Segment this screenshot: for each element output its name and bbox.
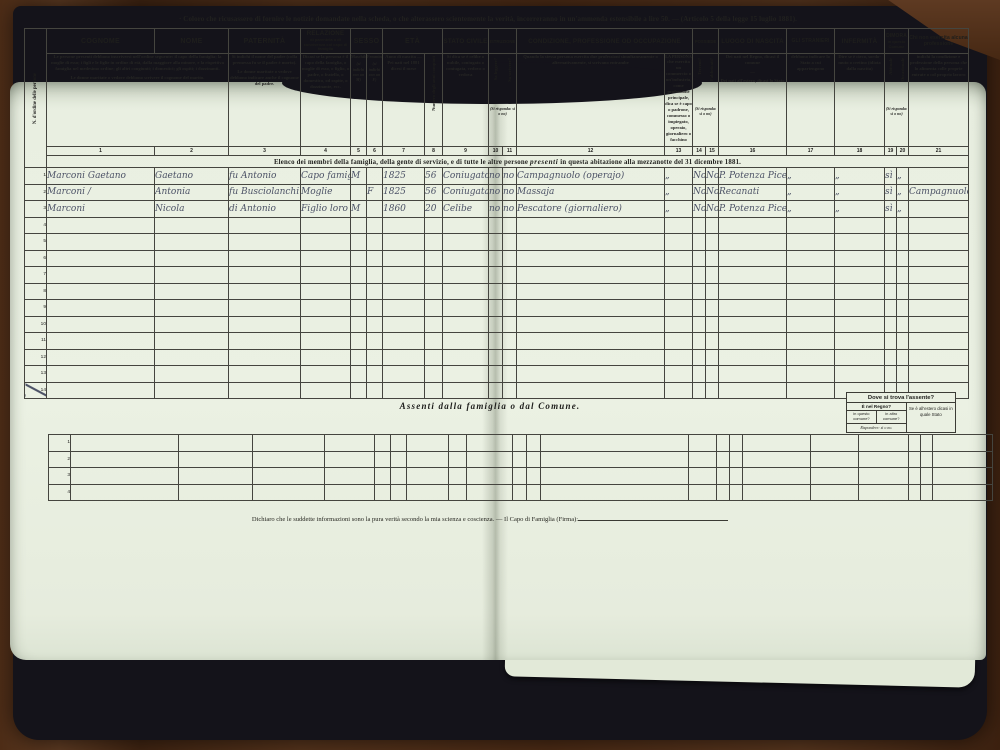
- header-paternita: PATERNITÀ: [229, 29, 301, 54]
- header-eta: ETÀ: [383, 29, 443, 54]
- data-cell: [425, 300, 443, 317]
- table-row: 2Marconi /Antoniafu BusciolanchiMoglieF1…: [25, 184, 969, 201]
- data-cell: [301, 366, 351, 383]
- table-row: 7: [25, 267, 969, 284]
- row-number-cell: 1: [25, 168, 47, 185]
- data-cell: 1825: [383, 184, 425, 201]
- data-cell: fu Antonio: [229, 168, 301, 185]
- data-cell: [517, 366, 665, 383]
- data-cell: No: [706, 184, 719, 201]
- data-cell: [897, 267, 909, 284]
- data-cell: [706, 349, 719, 366]
- data-cell: [517, 283, 665, 300]
- data-cell: [449, 451, 467, 468]
- data-cell: [730, 468, 743, 485]
- data-cell: [503, 283, 517, 300]
- data-cell: [835, 234, 885, 251]
- data-cell: [541, 435, 689, 452]
- data-cell: [719, 250, 787, 267]
- data-cell: [665, 234, 693, 251]
- data-cell: [425, 267, 443, 284]
- data-cell: [503, 333, 517, 350]
- data-cell: [351, 316, 367, 333]
- data-cell: [443, 267, 489, 284]
- data-cell: [489, 283, 503, 300]
- data-cell: [443, 217, 489, 234]
- data-cell: [921, 468, 933, 485]
- data-cell: [489, 217, 503, 234]
- header-possiede: POSSIEDE: [693, 29, 719, 54]
- data-cell: [527, 451, 541, 468]
- data-cell: sì: [885, 201, 897, 218]
- data-cell: [513, 468, 527, 485]
- data-cell: [909, 484, 921, 501]
- data-cell: [443, 333, 489, 350]
- data-cell: [719, 300, 787, 317]
- data-cell: [787, 283, 835, 300]
- data-cell: [909, 283, 969, 300]
- desc-stato-civile: Si dica se è celibe o nubile, coniugato …: [443, 54, 489, 147]
- data-cell: [47, 316, 155, 333]
- data-cell: [897, 234, 909, 251]
- data-cell: [351, 250, 367, 267]
- data-cell: Antonia: [155, 184, 229, 201]
- data-cell: [301, 349, 351, 366]
- data-cell: [155, 234, 229, 251]
- data-cell: [909, 349, 969, 366]
- data-cell: [179, 468, 253, 485]
- data-cell: [859, 451, 909, 468]
- data-cell: [665, 333, 693, 350]
- data-cell: [383, 267, 425, 284]
- data-cell: [885, 366, 897, 383]
- row-number-cell: 2: [49, 451, 71, 468]
- data-cell: [835, 349, 885, 366]
- signature-line: [578, 516, 728, 521]
- data-cell: [407, 468, 449, 485]
- data-cell: Marconi: [47, 201, 155, 218]
- data-cell: [909, 300, 969, 317]
- data-cell: [811, 435, 859, 452]
- header-istruzione: ISTRUZIONE: [489, 29, 517, 54]
- data-cell: Figlio loro: [301, 201, 351, 218]
- data-cell: [787, 349, 835, 366]
- data-cell: 56: [425, 184, 443, 201]
- data-cell: [787, 234, 835, 251]
- data-cell: [383, 300, 425, 317]
- table-row: 5: [25, 234, 969, 251]
- data-cell: [489, 349, 503, 366]
- table-row: 9: [25, 300, 969, 317]
- data-cell: [897, 217, 909, 234]
- desc-sesso-m: Maschile(si indichi con un M): [351, 54, 367, 147]
- data-cell: [719, 267, 787, 284]
- data-cell: no: [503, 201, 517, 218]
- desc-stranieri: debbono indicare lo Stato a cui apparten…: [787, 54, 835, 147]
- elenco-subtitle: Elenco dei membri della famiglia, della …: [47, 156, 969, 168]
- data-cell: M: [351, 168, 367, 185]
- desc-chi-non-esercita: indichi la condizione e professione dell…: [909, 54, 969, 147]
- data-cell: [897, 366, 909, 383]
- data-cell: [443, 349, 489, 366]
- data-cell: [909, 366, 969, 383]
- present-persons-rows: 1Marconi GaetanoGaetanofu AntonioCapo fa…: [25, 168, 969, 399]
- data-cell: [375, 435, 391, 452]
- data-cell: [367, 201, 383, 218]
- data-cell: [541, 451, 689, 468]
- data-cell: [503, 250, 517, 267]
- desc-luogo-nascita: Dei nati nel Regno, dicasi il comune—Dei…: [719, 54, 787, 147]
- data-cell: „: [835, 201, 885, 218]
- data-cell: [517, 267, 665, 284]
- data-cell: [835, 217, 885, 234]
- desc-sesso-f: Femminile(si indichi con un F): [367, 54, 383, 147]
- desc-dimora: AbitualeOccasionale(Si risponda: sì o no…: [885, 54, 909, 147]
- data-cell: F: [367, 184, 383, 201]
- header-condizione: CONDIZIONE, PROFESSIONE OD OCCUPAZIONE: [517, 29, 693, 54]
- data-cell: [933, 435, 993, 452]
- data-cell: [301, 300, 351, 317]
- data-cell: [909, 217, 969, 234]
- data-cell: [787, 300, 835, 317]
- data-cell: [155, 366, 229, 383]
- data-cell: Coniugato: [443, 168, 489, 185]
- data-cell: [933, 451, 993, 468]
- data-cell: [71, 468, 179, 485]
- data-cell: [367, 217, 383, 234]
- data-cell: [489, 267, 503, 284]
- data-cell: [155, 267, 229, 284]
- table-row: 1: [49, 435, 993, 452]
- header-stranieri: GLI STRANIERI: [787, 29, 835, 54]
- data-cell: [689, 484, 717, 501]
- data-cell: [717, 468, 730, 485]
- data-cell: [489, 300, 503, 317]
- data-cell: [425, 234, 443, 251]
- data-cell: No: [693, 184, 706, 201]
- data-cell: [909, 316, 969, 333]
- data-cell: Nicola: [155, 201, 229, 218]
- data-cell: [351, 184, 367, 201]
- data-cell: [155, 316, 229, 333]
- data-cell: [351, 267, 367, 284]
- data-cell: [909, 451, 921, 468]
- data-cell: [859, 468, 909, 485]
- data-cell: [367, 283, 383, 300]
- data-cell: [367, 267, 383, 284]
- table-row: 4: [49, 484, 993, 501]
- data-cell: [730, 484, 743, 501]
- data-cell: [811, 451, 859, 468]
- data-cell: [425, 366, 443, 383]
- data-cell: [467, 451, 513, 468]
- row-number-cell: 5: [25, 234, 47, 251]
- data-cell: [885, 267, 897, 284]
- penalty-warning-text: · Coloro che ricusassero di fornire le n…: [20, 15, 956, 23]
- data-cell: no: [503, 168, 517, 185]
- data-cell: [47, 217, 155, 234]
- data-cell: sì: [885, 184, 897, 201]
- data-cell: [391, 468, 407, 485]
- data-cell: [503, 316, 517, 333]
- row-number-cell: 1: [49, 435, 71, 452]
- data-cell: [743, 435, 811, 452]
- data-cell: [425, 349, 443, 366]
- data-cell: [391, 451, 407, 468]
- data-cell: [787, 366, 835, 383]
- data-cell: [706, 316, 719, 333]
- data-cell: [325, 468, 375, 485]
- data-cell: „: [897, 201, 909, 218]
- data-cell: [706, 234, 719, 251]
- data-cell: [407, 435, 449, 452]
- data-cell: 1860: [383, 201, 425, 218]
- absent-answer-note: Rispondere: sì o no.: [847, 424, 906, 432]
- data-cell: [717, 484, 730, 501]
- desc-infermita: Dire se è cieco, sordo-muto o cretino (i…: [835, 54, 885, 147]
- data-cell: [527, 435, 541, 452]
- data-cell: [517, 349, 665, 366]
- data-cell: [425, 283, 443, 300]
- data-cell: [351, 366, 367, 383]
- data-cell: [527, 468, 541, 485]
- data-cell: [719, 366, 787, 383]
- data-cell: [383, 217, 425, 234]
- data-cell: [179, 451, 253, 468]
- data-cell: Celibe: [443, 201, 489, 218]
- data-cell: No: [693, 168, 706, 185]
- data-cell: [541, 468, 689, 485]
- data-cell: [835, 333, 885, 350]
- header-stato-civile: STATO CIVILE: [443, 29, 489, 54]
- data-cell: no: [503, 184, 517, 201]
- data-cell: [351, 300, 367, 317]
- row-number-cell: 8: [25, 283, 47, 300]
- data-cell: „: [897, 168, 909, 185]
- data-cell: [730, 451, 743, 468]
- data-cell: [503, 349, 517, 366]
- data-cell: [909, 234, 969, 251]
- data-cell: [155, 283, 229, 300]
- data-cell: no: [489, 168, 503, 185]
- data-cell: [693, 366, 706, 383]
- data-cell: [909, 333, 969, 350]
- data-cell: [835, 316, 885, 333]
- data-cell: [155, 333, 229, 350]
- data-cell: [449, 468, 467, 485]
- data-cell: [787, 217, 835, 234]
- data-cell: [885, 283, 897, 300]
- data-cell: [489, 234, 503, 251]
- desc-possiede: Terreni?Fabbricati?(Si risponda: sì o no…: [693, 54, 719, 147]
- data-cell: [47, 250, 155, 267]
- data-cell: [383, 316, 425, 333]
- data-cell: [503, 217, 517, 234]
- data-cell: [693, 349, 706, 366]
- data-cell: [743, 451, 811, 468]
- data-cell: P. Potenza Picena: [719, 168, 787, 185]
- data-cell: [706, 267, 719, 284]
- data-cell: M: [351, 201, 367, 218]
- desc-istruzione: Sa leggere?Sa scrivere?(Si risponda: sì …: [489, 54, 517, 147]
- data-cell: [921, 451, 933, 468]
- data-cell: [743, 468, 811, 485]
- data-cell: [155, 300, 229, 317]
- data-cell: 20: [425, 201, 443, 218]
- data-cell: [921, 484, 933, 501]
- header-row-number-column: N. d'ordine delle persone: [25, 29, 47, 168]
- header-nome: NOME: [155, 29, 229, 54]
- data-cell: [719, 234, 787, 251]
- data-cell: [367, 250, 383, 267]
- data-cell: [503, 366, 517, 383]
- table-row: 12: [25, 349, 969, 366]
- data-cell: Campagnuolo (operajo): [517, 168, 665, 185]
- data-cell: [835, 250, 885, 267]
- data-cell: [706, 333, 719, 350]
- data-cell: [229, 366, 301, 383]
- row-number-cell: 4: [25, 217, 47, 234]
- data-cell: [383, 234, 425, 251]
- data-cell: [71, 435, 179, 452]
- row-number-cell: 4: [49, 484, 71, 501]
- data-cell: [47, 366, 155, 383]
- data-cell: [229, 250, 301, 267]
- data-cell: [71, 451, 179, 468]
- data-cell: No: [706, 201, 719, 218]
- data-cell: [706, 217, 719, 234]
- data-cell: [665, 250, 693, 267]
- data-cell: [909, 267, 969, 284]
- data-cell: [885, 250, 897, 267]
- table-row: 11: [25, 333, 969, 350]
- data-cell: [467, 468, 513, 485]
- absent-this-comune-label: in questo comune?: [847, 411, 877, 423]
- data-cell: [933, 484, 993, 501]
- data-cell: [665, 349, 693, 366]
- data-cell: Marconi /: [47, 184, 155, 201]
- table-row: 8: [25, 283, 969, 300]
- data-cell: Coniugata: [443, 184, 489, 201]
- data-cell: [367, 366, 383, 383]
- data-cell: [229, 283, 301, 300]
- data-cell: [517, 316, 665, 333]
- data-cell: no: [489, 184, 503, 201]
- table-row: 6: [25, 250, 969, 267]
- data-cell: [489, 366, 503, 383]
- data-cell: [229, 217, 301, 234]
- data-cell: P. Potenza Picena: [719, 201, 787, 218]
- data-cell: [706, 283, 719, 300]
- desc-eta-anno: Anno di nascita — Pei nati nel 1881 dice…: [383, 54, 425, 147]
- data-cell: [517, 217, 665, 234]
- header-chi-non-esercita: Chi non esercita alcuna professione: [909, 29, 969, 54]
- row-number-cell: 10: [25, 316, 47, 333]
- row-number-cell: 2: [25, 184, 47, 201]
- photographed-census-page: · Coloro che ricusassero di fornire le n…: [0, 0, 1000, 750]
- data-cell: [513, 451, 527, 468]
- data-cell: Massaja: [517, 184, 665, 201]
- data-cell: [383, 366, 425, 383]
- data-cell: [489, 250, 503, 267]
- data-cell: [391, 484, 407, 501]
- data-cell: [301, 316, 351, 333]
- data-cell: Capo famiglia: [301, 168, 351, 185]
- row-number-cell: 6: [25, 250, 47, 267]
- data-cell: [513, 484, 527, 501]
- data-cell: „: [787, 168, 835, 185]
- data-cell: [909, 168, 969, 185]
- data-cell: [301, 217, 351, 234]
- data-cell: [693, 283, 706, 300]
- data-cell: [909, 468, 921, 485]
- data-cell: [503, 267, 517, 284]
- data-cell: [897, 333, 909, 350]
- data-cell: [835, 267, 885, 284]
- data-cell: [885, 333, 897, 350]
- absent-abroad-label: Se è all'estero dicasi in quale Stato: [907, 403, 955, 432]
- data-cell: [503, 300, 517, 317]
- absent-location-title: Dove si trova l'assente?: [847, 393, 955, 403]
- data-cell: [375, 484, 391, 501]
- header-infermita: INFERMITÀ: [835, 29, 885, 54]
- census-table-absent: 1234: [48, 434, 993, 501]
- data-cell: [47, 349, 155, 366]
- data-cell: [517, 333, 665, 350]
- absent-location-box: Dove si trova l'assente? È nel Regno? in…: [846, 392, 956, 433]
- data-cell: [367, 300, 383, 317]
- data-cell: [719, 217, 787, 234]
- data-cell: „: [665, 184, 693, 201]
- data-cell: [179, 435, 253, 452]
- row-number-cell: 3: [25, 201, 47, 218]
- column-number-row: 12 34 56 78 910 1112 1314 1516 1718 1920…: [25, 147, 969, 156]
- desc-relazione: Dicasi se la persona è il capo della fam…: [301, 54, 351, 147]
- data-cell: [325, 484, 375, 501]
- absent-in-kingdom-label: È nel Regno?: [847, 403, 906, 411]
- table-row: 1Marconi GaetanoGaetanofu AntonioCapo fa…: [25, 168, 969, 185]
- data-cell: [897, 300, 909, 317]
- data-cell: [155, 349, 229, 366]
- data-cell: [719, 316, 787, 333]
- data-cell: [503, 234, 517, 251]
- data-cell: [443, 234, 489, 251]
- census-table-present: N. d'ordine delle persone COGNOME NOME P…: [24, 28, 969, 399]
- data-cell: [665, 217, 693, 234]
- data-cell: [425, 316, 443, 333]
- data-cell: [375, 451, 391, 468]
- absent-other-comune-label: in altro comune?: [877, 411, 906, 423]
- data-cell: [301, 250, 351, 267]
- row-number-cell: 12: [25, 349, 47, 366]
- data-cell: [367, 333, 383, 350]
- desc-paternita: Si indichi il nome del padre (colla prem…: [229, 54, 301, 147]
- desc-condizione: Quando la stessa persona esercita due pr…: [517, 54, 665, 147]
- data-cell: [425, 217, 443, 234]
- data-cell: [47, 283, 155, 300]
- data-cell: [689, 435, 717, 452]
- data-cell: [325, 451, 375, 468]
- absent-section: Assenti dalla famiglia o dal Comune. Dov…: [24, 382, 956, 522]
- data-cell: [229, 300, 301, 317]
- data-cell: [885, 300, 897, 317]
- data-cell: [665, 283, 693, 300]
- header-dimora: DIMORAin questo Comune: [885, 29, 909, 54]
- data-cell: [717, 451, 730, 468]
- data-cell: [730, 435, 743, 452]
- data-cell: [689, 451, 717, 468]
- data-cell: [693, 267, 706, 284]
